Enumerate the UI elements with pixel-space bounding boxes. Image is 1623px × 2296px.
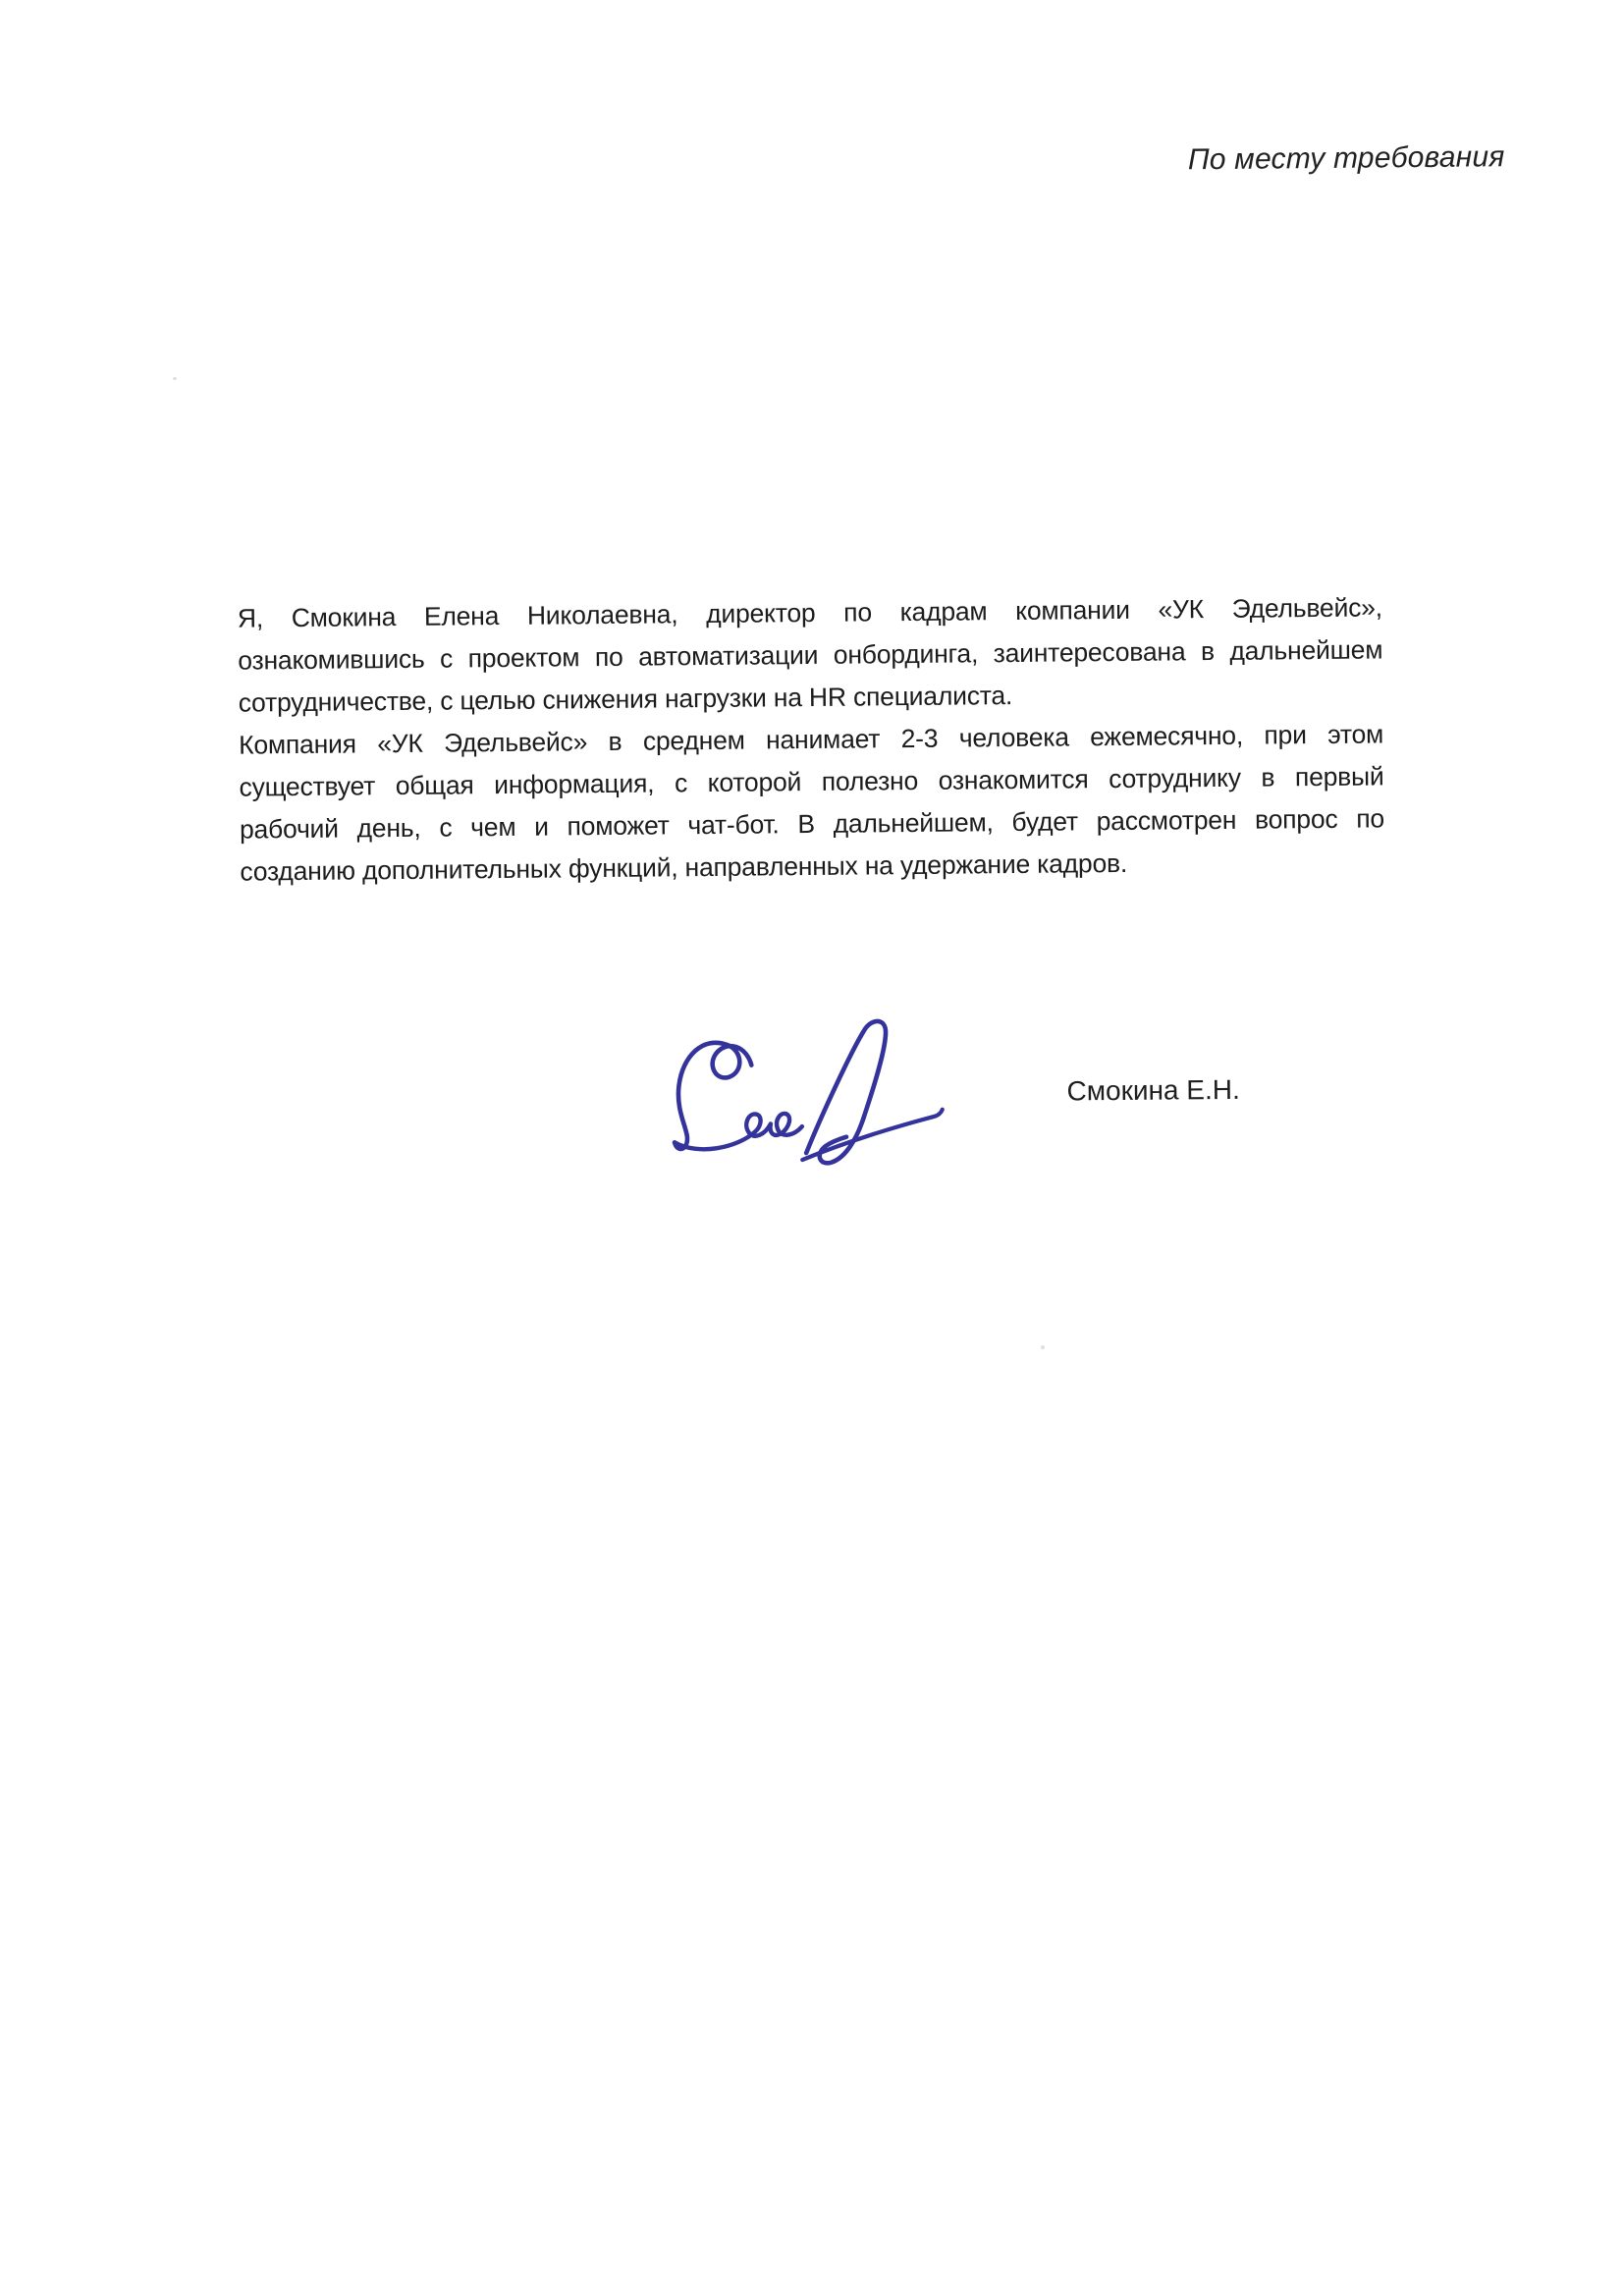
signature-name: Смокина Е.Н. [1066, 1074, 1240, 1108]
scan-artifact [173, 377, 177, 380]
signature-stroke [674, 1042, 752, 1149]
handwritten-signature-icon [656, 992, 1011, 1181]
recipient-line: По месту требования [1188, 140, 1505, 177]
scan-artifact [1041, 1345, 1045, 1349]
document-page: По месту требования Я, Смокина Елена Ник… [0, 0, 1623, 2296]
scan-content: По месту требования Я, Смокина Елена Ник… [0, 0, 1623, 2296]
letter-body: Я, Смокина Елена Николаевна, директор по… [238, 586, 1385, 893]
signature-stroke [675, 1114, 802, 1150]
